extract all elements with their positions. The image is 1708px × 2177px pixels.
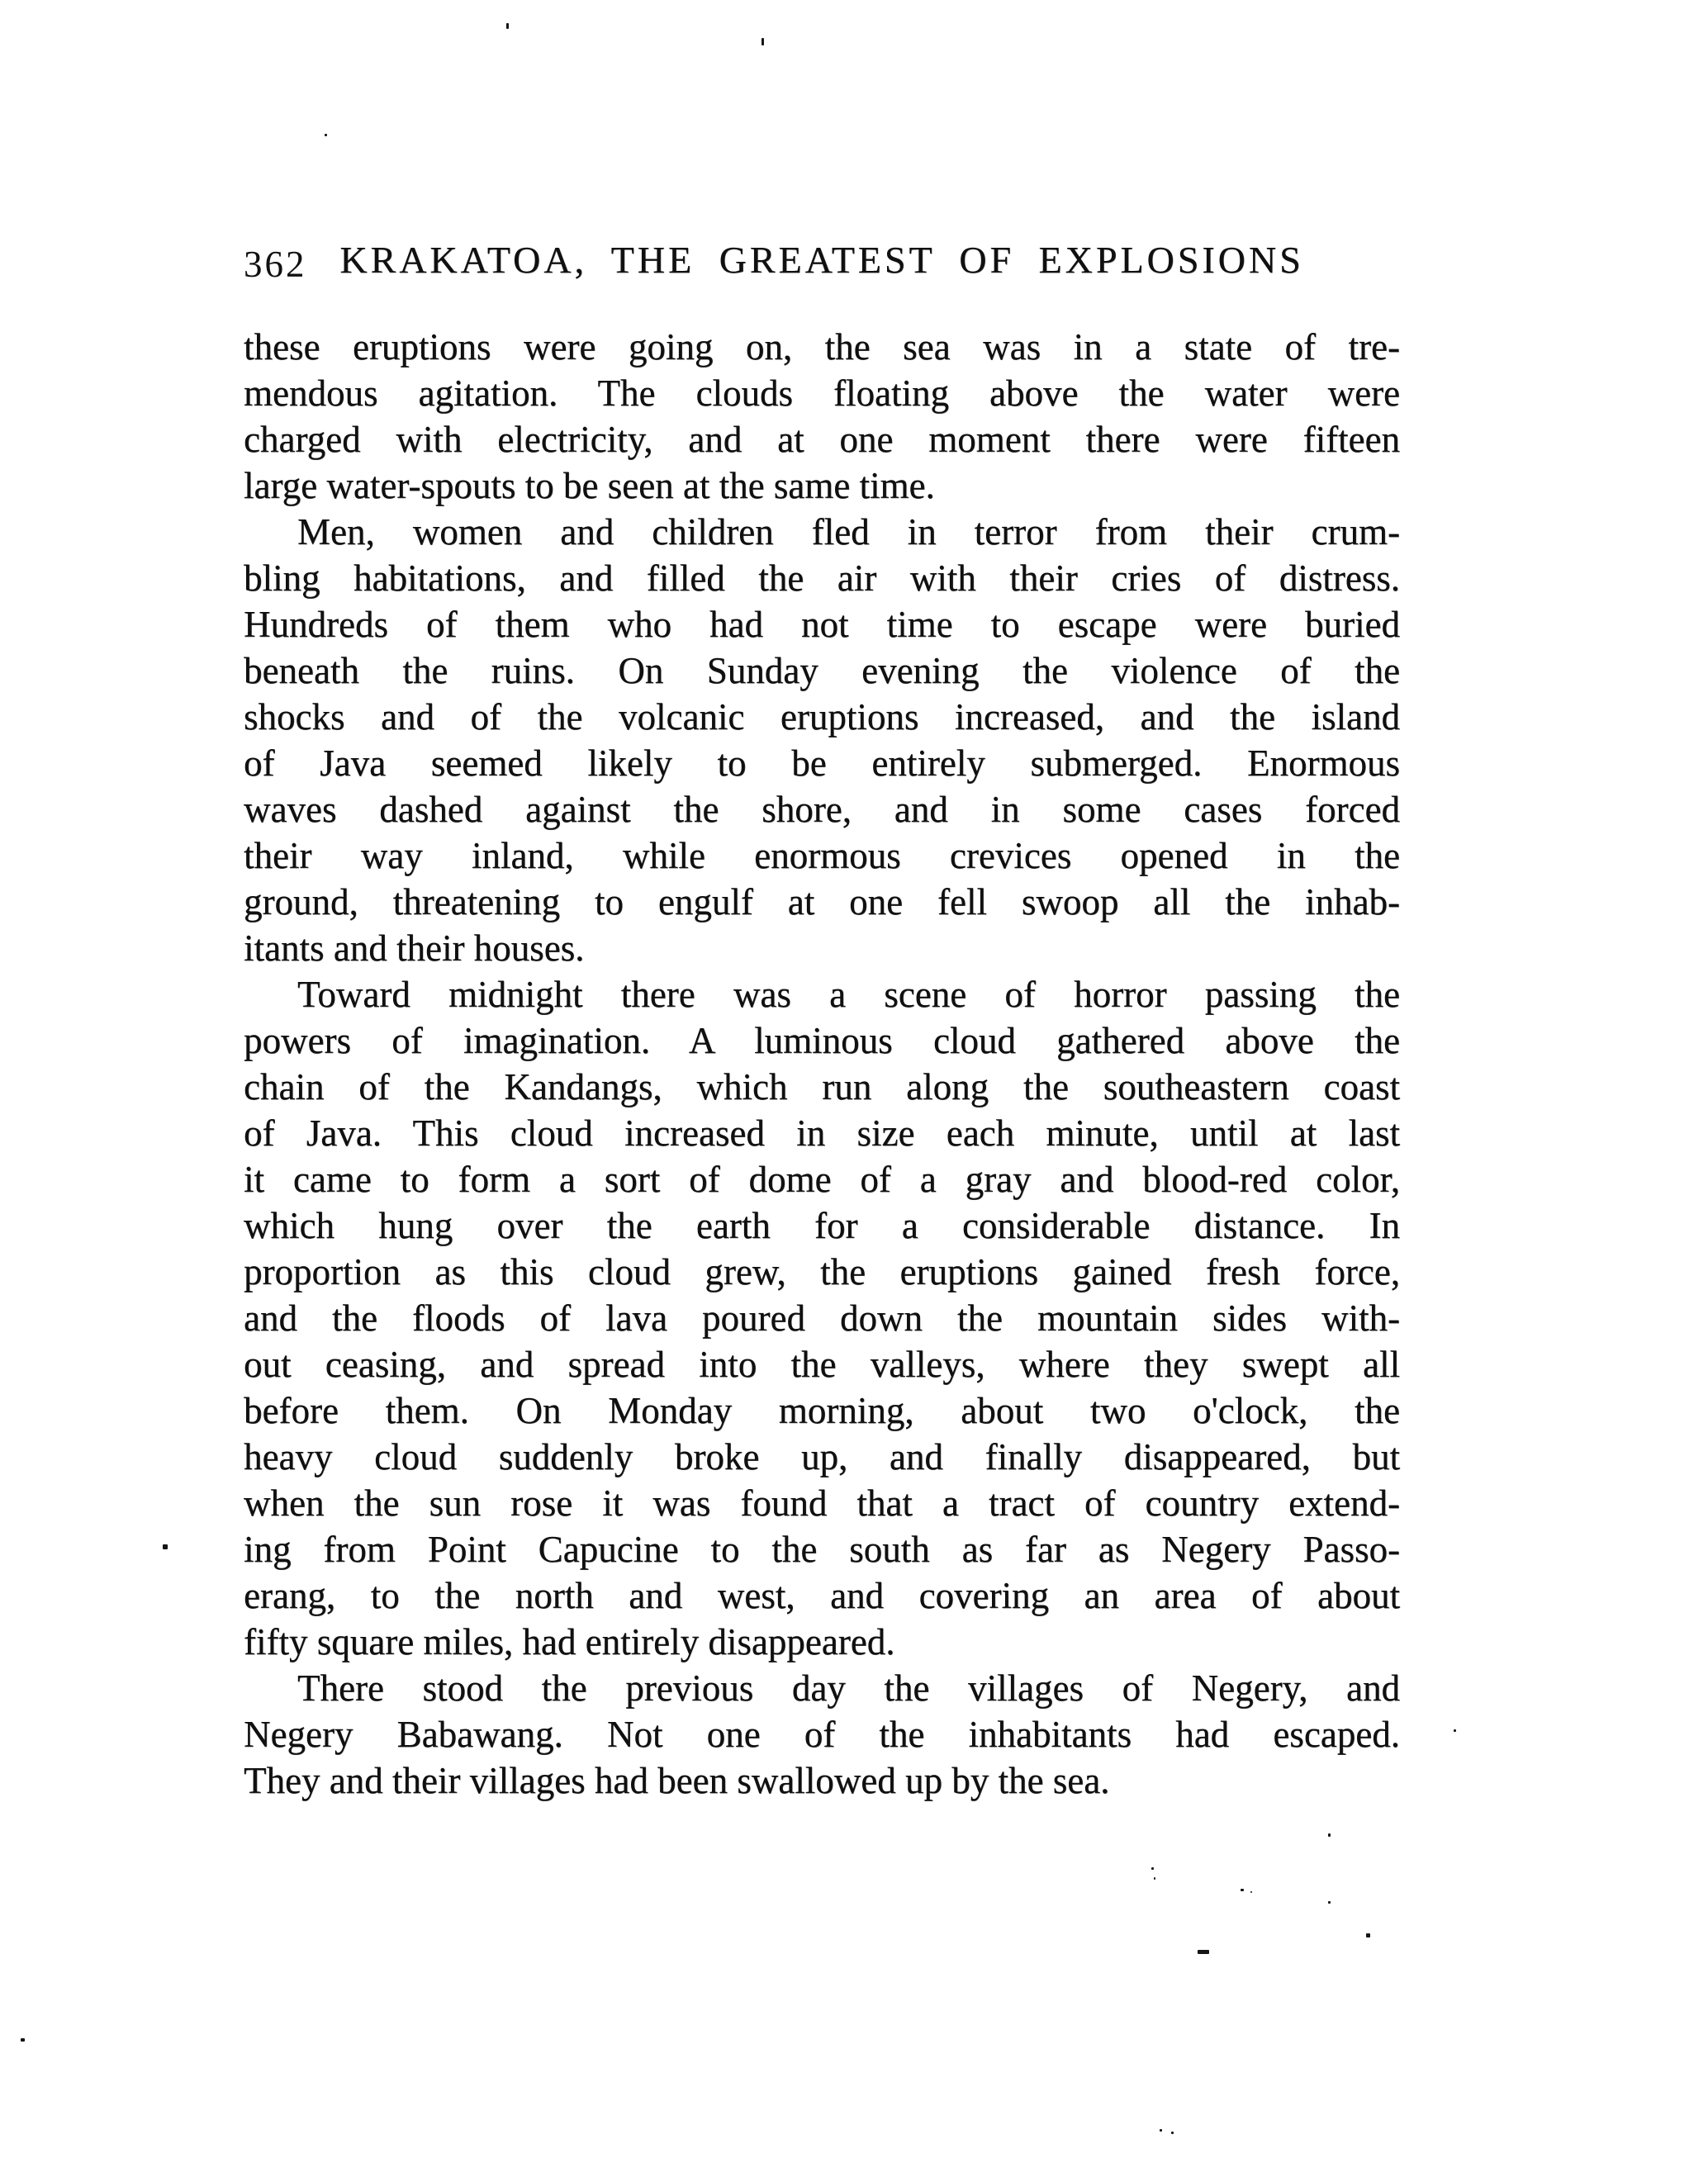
scan-noise-speck xyxy=(1250,1891,1252,1893)
scan-noise-speck xyxy=(21,2038,25,2042)
text-line: it came to form a sort of dome of a gray… xyxy=(244,1156,1400,1202)
text-line: before them. On Monday morning, about tw… xyxy=(244,1387,1400,1434)
scan-noise-speck xyxy=(1160,2129,1162,2132)
text-line: their way inland, while enormous crevice… xyxy=(244,832,1400,879)
running-title: KRAKATOA, THE GREATEST OF EXPLOSIONS xyxy=(244,238,1400,282)
text-line: large water-spouts to be seen at the sam… xyxy=(244,462,1400,509)
scan-noise-speck xyxy=(1171,2132,1174,2134)
paragraph: Toward midnight there was a scene of hor… xyxy=(244,971,1400,1665)
page-body: these eruptions were going on, the sea w… xyxy=(244,324,1400,1804)
paragraph: There stood the previous day the village… xyxy=(244,1665,1400,1804)
text-line: fifty square miles, had entirely disappe… xyxy=(244,1619,1400,1665)
text-line: these eruptions were going on, the sea w… xyxy=(244,324,1400,370)
book-page: 362 KRAKATOA, THE GREATEST OF EXPLOSIONS… xyxy=(0,0,1708,2177)
text-line: out ceasing, and spread into the valleys… xyxy=(244,1341,1400,1387)
text-line: erang, to the north and west, and coveri… xyxy=(244,1572,1400,1619)
text-line: They and their villages had been swallow… xyxy=(244,1757,1400,1804)
page-number: 362 xyxy=(244,243,307,286)
text-line: of Java seemed likely to be entirely sub… xyxy=(244,740,1400,786)
text-line: bling habitations, and filled the air wi… xyxy=(244,555,1400,601)
text-line: when the sun rose it was found that a tr… xyxy=(244,1480,1400,1526)
scan-noise-speck xyxy=(1328,1833,1331,1837)
text-line: chain of the Kandangs, which run along t… xyxy=(244,1064,1400,1110)
text-line: proportion as this cloud grew, the erupt… xyxy=(244,1249,1400,1295)
text-line: Negery Babawang. Not one of the inhabita… xyxy=(244,1711,1400,1757)
text-line: ing from Point Capucine to the south as … xyxy=(244,1526,1400,1572)
text-line: Toward midnight there was a scene of hor… xyxy=(244,971,1400,1017)
paragraph: Men, women and children fled in terror f… xyxy=(244,509,1400,971)
scan-noise-speck xyxy=(163,1544,168,1549)
scan-noise-speck xyxy=(1154,1877,1155,1880)
text-line: There stood the previous day the village… xyxy=(244,1665,1400,1711)
scan-noise-speck xyxy=(1328,1901,1331,1904)
text-line: beneath the ruins. On Sunday evening the… xyxy=(244,647,1400,694)
scan-noise-speck xyxy=(1454,1729,1456,1732)
page-header: 362 KRAKATOA, THE GREATEST OF EXPLOSIONS xyxy=(244,238,1400,289)
text-line: ground, threatening to engulf at one fel… xyxy=(244,879,1400,925)
text-line: heavy cloud suddenly broke up, and final… xyxy=(244,1434,1400,1480)
scan-noise-speck xyxy=(1241,1889,1244,1891)
scan-noise-speck xyxy=(1198,1950,1209,1954)
text-line: which hung over the earth for a consider… xyxy=(244,1202,1400,1249)
scan-noise-speck xyxy=(1151,1867,1154,1870)
text-line: and the floods of lava poured down the m… xyxy=(244,1295,1400,1341)
paragraph: these eruptions were going on, the sea w… xyxy=(244,324,1400,509)
text-line: itants and their houses. xyxy=(244,925,1400,971)
text-line: Men, women and children fled in terror f… xyxy=(244,509,1400,555)
text-line: charged with electricity, and at one mom… xyxy=(244,416,1400,462)
text-line: of Java. This cloud increased in size ea… xyxy=(244,1110,1400,1156)
text-line: waves dashed against the shore, and in s… xyxy=(244,786,1400,832)
scan-noise-speck xyxy=(325,134,327,136)
text-line: shocks and of the volcanic eruptions inc… xyxy=(244,694,1400,740)
scan-noise-speck xyxy=(761,38,764,45)
text-line: Hundreds of them who had not time to esc… xyxy=(244,601,1400,647)
text-line: mendous agitation. The clouds floating a… xyxy=(244,370,1400,416)
text-line: powers of imagination. A luminous cloud … xyxy=(244,1017,1400,1064)
scan-noise-speck xyxy=(506,23,509,29)
scan-noise-speck xyxy=(1366,1933,1370,1937)
